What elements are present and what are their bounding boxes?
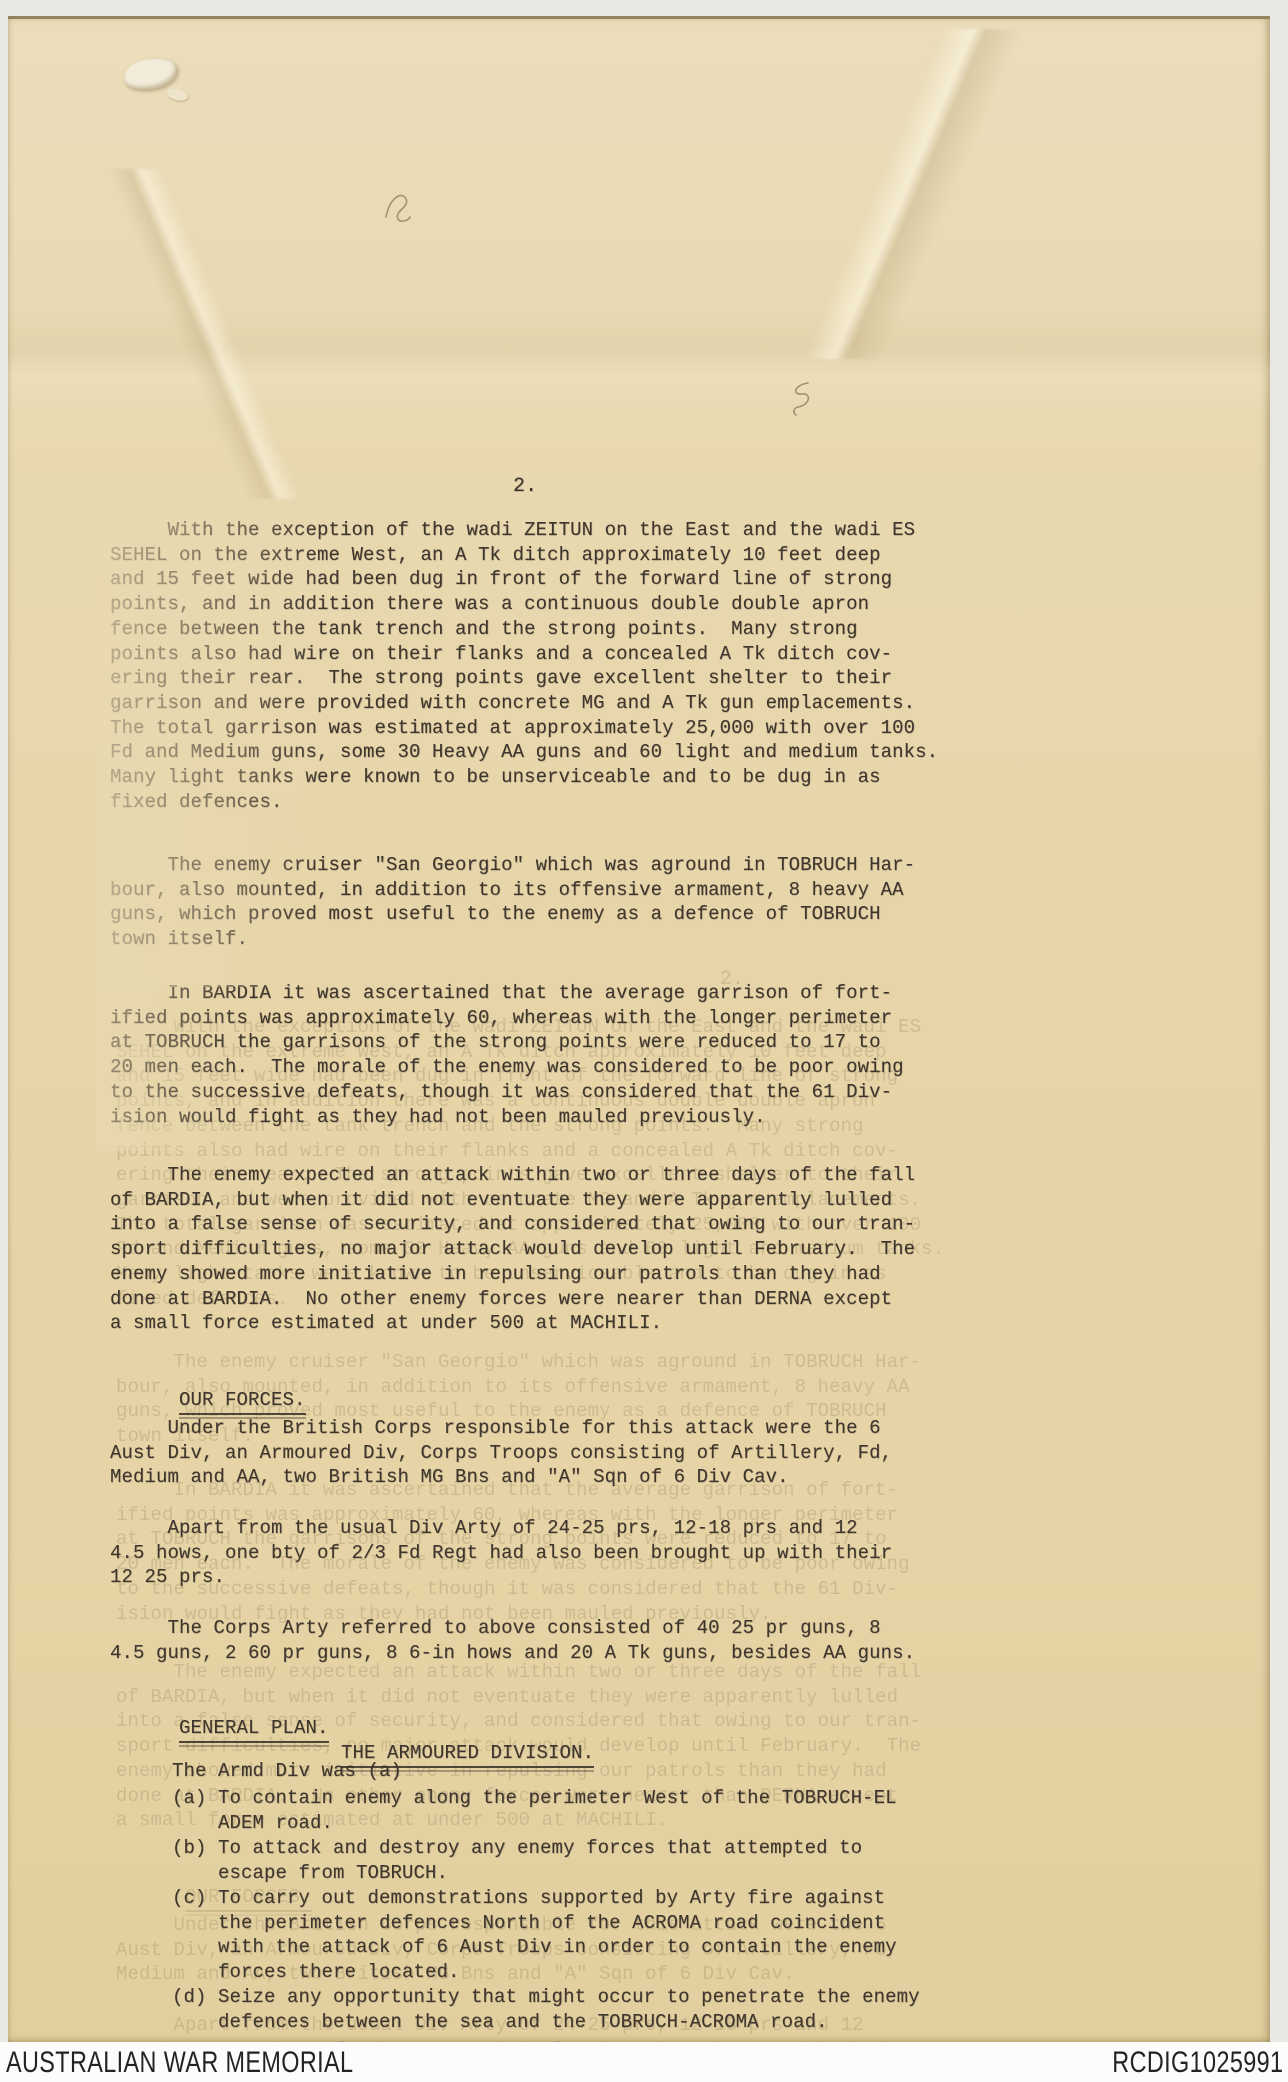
paragraph-div-arty: Apart from the usual Div Arty of 24-25 p… [110,1516,892,1590]
paragraph-bardia-garrison: In BARDIA it was ascertained that the av… [110,981,904,1129]
horizontal-fold-shading [8,309,1270,419]
paper-tear-mark [122,55,180,94]
document-page: 2. With the exception of the wadi ZEITUN… [8,16,1270,2042]
pencil-squiggle-mark-2 [786,379,820,419]
heading-armoured-division: THE ARMOURED DIVISION. [272,1716,594,1797]
left-fold-crease [8,169,438,499]
paragraph-enemy-expectation: The enemy expected an attack within two … [110,1163,915,1336]
top-right-fold-crease [528,29,1270,359]
paragraph-corps-arty: The Corps Arty referred to above consist… [110,1616,915,1665]
scanned-document-viewer: 2. With the exception of the wadi ZEITUN… [0,0,1288,2082]
armoured-division-intro: The Armd Div was (a) [172,1759,402,1784]
task-item-b: (b) To attack and destroy any enemy forc… [172,1836,862,1885]
pencil-squiggle-mark [380,187,420,229]
task-item-a: (a) To contain enemy along the perimeter… [172,1786,897,1835]
archive-institution-label: AUSTRALIAN WAR MEMORIAL [6,2042,353,2082]
paper-tear-mark-small [165,86,189,102]
archive-reference-id: RCDIG1025991 [1112,2042,1283,2082]
paragraph-defences: With the exception of the wadi ZEITUN on… [110,518,938,814]
task-item-c: (c) To carry out demonstrations supporte… [172,1886,897,1985]
paragraph-our-forces-composition: Under the British Corps responsible for … [110,1416,892,1490]
page-number: 2. [513,475,537,500]
paragraph-san-georgio: The enemy cruiser "San Georgio" which wa… [110,853,915,952]
archive-footer-bar: AUSTRALIAN WAR MEMORIAL RCDIG1025991 [0,2042,1288,2082]
task-item-d: (d) Seize any opportunity that might occ… [172,1985,920,2034]
heading-our-forces-text: OUR FORCES. [179,1388,306,1416]
